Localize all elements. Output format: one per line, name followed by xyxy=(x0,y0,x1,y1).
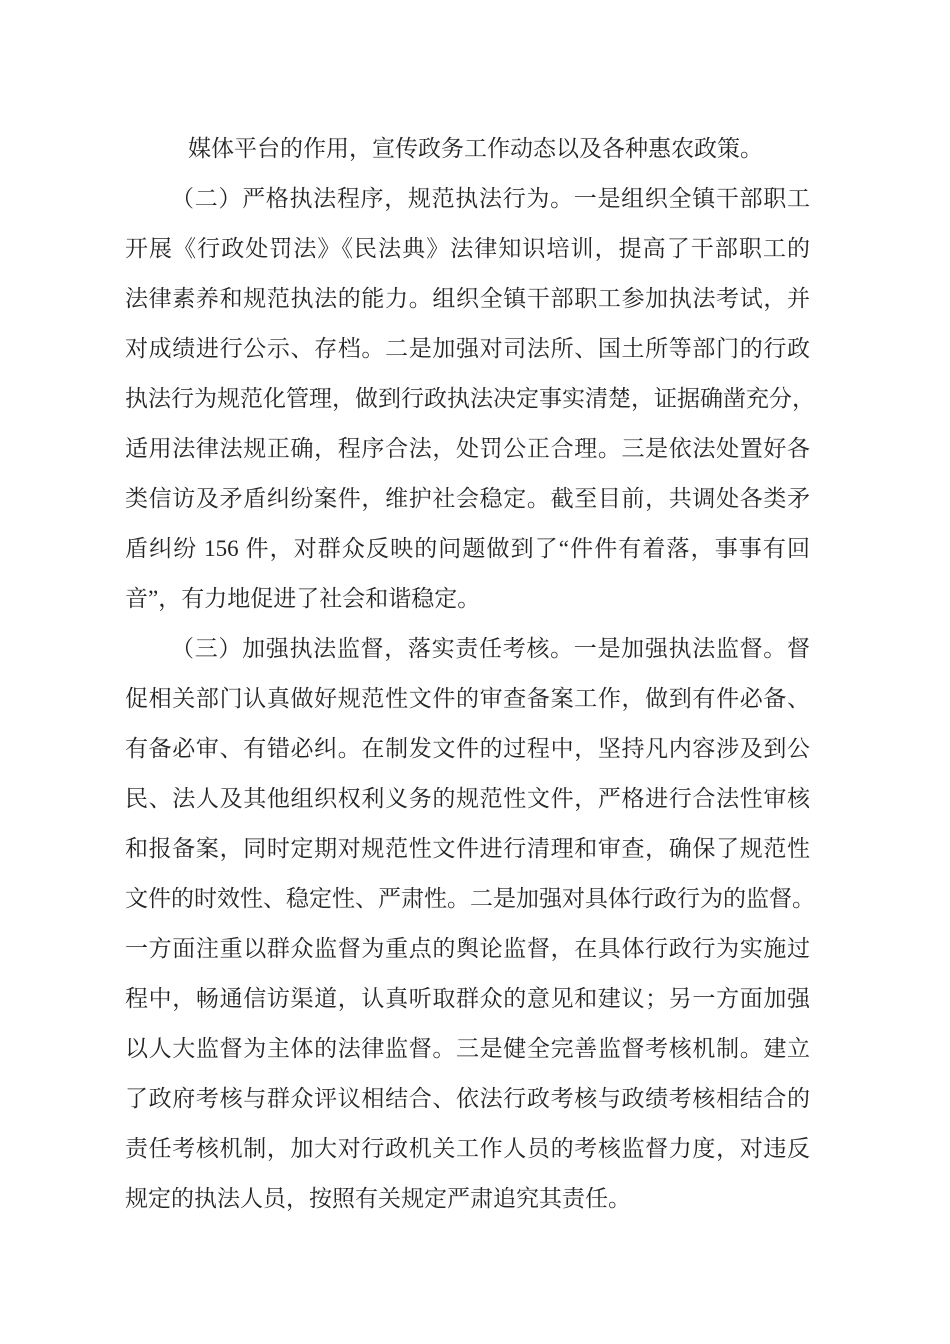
text-line: 有备必审、有错必纠。在制发文件的过程中，坚持凡内容涉及到公 xyxy=(125,724,810,774)
text-line: 文件的时效性、稳定性、严肃性。二是加强对具体行政行为的监督。 xyxy=(125,874,810,924)
paragraph-section-2: （二）严格执法程序，规范执法行为。一是组织全镇干部职工 开展《行政处罚法》《民法… xyxy=(125,174,810,624)
text-line: 媒体平台的作用，宣传政务工作动态以及各种惠农政策。 xyxy=(125,124,810,174)
text-line: 类信访及矛盾纠纷案件，维护社会稳定。截至目前，共调处各类矛 xyxy=(125,474,810,524)
text-line: （二）严格执法程序，规范执法行为。一是组织全镇干部职工 xyxy=(125,174,810,224)
text-line: 适用法律法规正确，程序合法，处罚公正合理。三是依法处置好各 xyxy=(125,424,810,474)
text-line: 盾纠纷 156 件，对群众反映的问题做到了“件件有着落，事事有回 xyxy=(125,524,810,574)
text-line: 对成绩进行公示、存档。二是加强对司法所、国土所等部门的行政 xyxy=(125,324,810,374)
text-line: 执法行为规范化管理，做到行政执法决定事实清楚，证据确凿充分， xyxy=(125,374,810,424)
text-line: 和报备案，同时定期对规范性文件进行清理和审查，确保了规范性 xyxy=(125,824,810,874)
document-page: 媒体平台的作用，宣传政务工作动态以及各种惠农政策。 （二）严格执法程序，规范执法… xyxy=(0,0,950,1344)
paragraph-intro-tail: 媒体平台的作用，宣传政务工作动态以及各种惠农政策。 xyxy=(125,124,810,174)
text-line: 民、法人及其他组织权利义务的规范性文件，严格进行合法性审核 xyxy=(125,774,810,824)
text-line: 法律素养和规范执法的能力。组织全镇干部职工参加执法考试，并 xyxy=(125,274,810,324)
paragraph-section-3: （三）加强执法监督，落实责任考核。一是加强执法监督。督 促相关部门认真做好规范性… xyxy=(125,624,810,1224)
text-line: 开展《行政处罚法》《民法典》法律知识培训，提高了干部职工的 xyxy=(125,224,810,274)
text-line: 了政府考核与群众评议相结合、依法行政考核与政绩考核相结合的 xyxy=(125,1074,810,1124)
text-line: 促相关部门认真做好规范性文件的审查备案工作，做到有件必备、 xyxy=(125,674,810,724)
text-line: 音”，有力地促进了社会和谐稳定。 xyxy=(125,574,810,624)
text-line: （三）加强执法监督，落实责任考核。一是加强执法监督。督 xyxy=(125,624,810,674)
document-body: 媒体平台的作用，宣传政务工作动态以及各种惠农政策。 （二）严格执法程序，规范执法… xyxy=(125,124,810,1224)
text-line: 程中，畅通信访渠道，认真听取群众的意见和建议；另一方面加强 xyxy=(125,974,810,1024)
text-line: 责任考核机制，加大对行政机关工作人员的考核监督力度，对违反 xyxy=(125,1124,810,1174)
text-line: 规定的执法人员，按照有关规定严肃追究其责任。 xyxy=(125,1174,810,1224)
text-line: 一方面注重以群众监督为重点的舆论监督，在具体行政行为实施过 xyxy=(125,924,810,974)
text-line: 以人大监督为主体的法律监督。三是健全完善监督考核机制。建立 xyxy=(125,1024,810,1074)
